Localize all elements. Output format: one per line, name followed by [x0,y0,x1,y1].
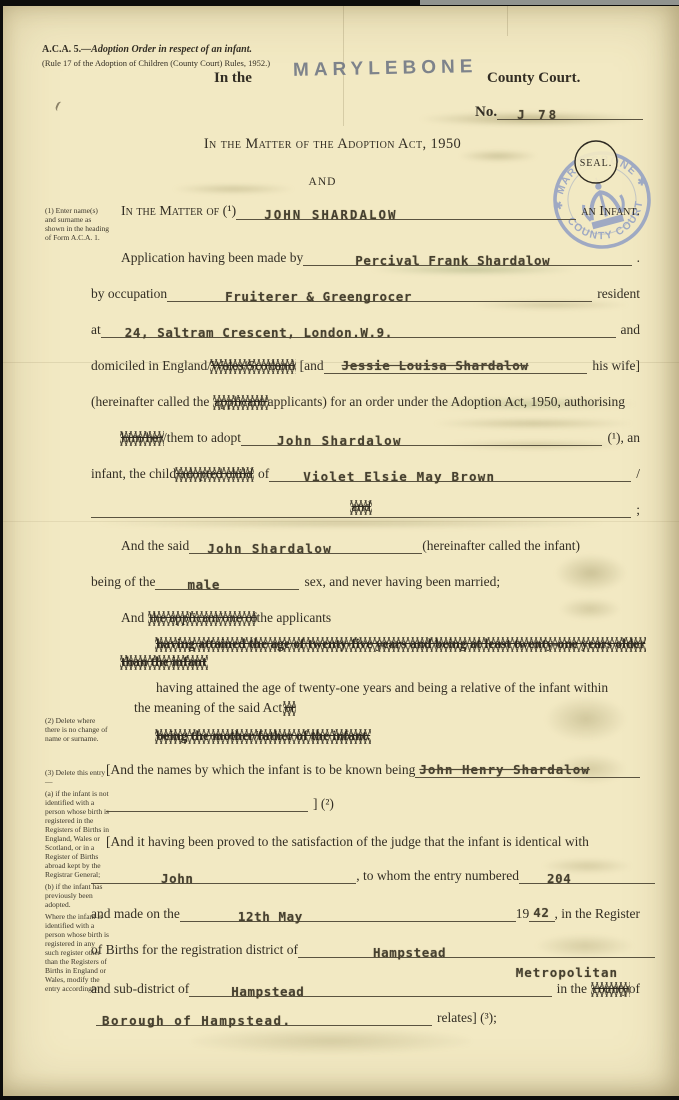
spouse-name: Jessie Louisa Shardalow [342,359,529,372]
subdistrict-value: Hampstead [231,985,304,998]
applicants-suffix: the applicants [256,610,331,626]
seal-label: SEAL. [580,158,613,169]
sex-value: male [187,578,220,591]
proved-row: [And it having been proved to the satisf… [106,834,640,852]
paper-sheet: A.C.A. 5.—Adoption Order in respect of a… [3,6,679,1096]
court-name-stamp: MARYLEBONE [293,56,478,82]
address-row: at 24, Saltram Crescent, London.W.9. and [91,322,640,340]
meaning-row: the meaning of the said Actor [134,700,640,718]
applicants-prefix: And [121,610,144,626]
application-prefix: Application having been made by [121,250,303,266]
bleed-through-smudge [191,1028,471,1054]
address-value: 24, Saltram Crescent, London.W.9. [125,326,393,339]
applicants-row: And the applicant/one ofthe applicants [121,610,640,628]
subdistrict-of: of [629,981,640,997]
borough-typed: Borough of Hampstead. [102,1014,292,1027]
meaning-line: the meaning of the said Act [134,700,282,716]
adopt-name: John Shardalow [277,434,402,447]
scan-edge-left [0,0,3,1100]
known-prefix: [And the names by which the infant is to… [106,762,415,778]
domicile-row: domiciled in England/Wales/Scotland [and… [91,358,640,376]
borough-end: relates] (³); [437,1010,497,1026]
sex-prefix: being of the [91,574,155,590]
rule-reference: (Rule 17 of the Adoption of Children (Co… [42,58,270,68]
subdistrict-mid: in the [557,981,587,997]
district-row: of Births for the registration district … [91,942,655,960]
made-prefix: and made on the [91,906,180,922]
struck-clause-line2: than the infant [121,654,207,670]
adopt-row: him/her/them to adopt John Shardalow (¹)… [121,430,640,448]
attained-row: having attained the age of twenty-one ye… [156,680,640,698]
and-struck-row: and ; [91,502,640,520]
margin-note-3-intro: (3) Delete this entry— [45,768,109,786]
struck-clause-row-1: having attained the age of twenty-five y… [156,636,640,654]
scanned-document: A.C.A. 5.—Adoption Order in respect of a… [0,0,679,1100]
county-court-label: County Court. [487,70,580,87]
and-separator: AND [57,176,588,188]
occupation-end: resident [597,286,640,302]
child-of: of [258,466,269,482]
identical-name: John [161,872,194,885]
said-end: (hereinafter called the infant) [422,538,580,554]
said-infant-row: And the said John Shardalow (hereinafter… [121,538,640,556]
bleed-through-smudge [431,418,636,429]
domicile-prefix: domiciled in England/ [91,358,211,374]
sex-suffix: sex, and never having been married; [304,574,500,590]
district-value: Hampstead [373,946,446,959]
child-prefix: infant, the child [91,466,176,482]
case-no-label: No. [475,104,497,121]
infant-name-typed: JOHN SHARDALOW [264,208,397,221]
margin-note-1: (1) Enter name(s) and surname as shown i… [45,206,109,242]
year-typed: 42 [533,905,549,920]
known-as-row: [And the names by which the infant is to… [106,762,640,780]
case-no-value: J 78 [517,108,559,121]
sex-row: being of the male sex, and never having … [91,574,640,592]
application-end: . [637,250,640,266]
margin-note-3b: (b) if the infant has previously been ad… [45,882,109,909]
in-the-label: In the [214,70,252,87]
domicile-struck: Wales/Scotland [211,358,295,374]
entry-mid: , to whom the entry numbered [356,868,519,884]
known-close: ] (²) [313,796,334,812]
child-end: / [636,466,640,482]
said-prefix: And the said [121,538,189,554]
subdistrict-row: and sub-district of Hampstead in the cou… [91,981,640,999]
entry-row: John , to whom the entry numbered 204 [91,868,655,886]
fold-crease [3,521,679,522]
adopt-struck: him/her [121,430,163,446]
child-of-row: infant, the child/adopted child of Viole… [91,466,640,484]
made-on-row: and made on the 12th May 1942, in the Re… [91,906,640,924]
adopt-mid: /them to adopt [163,430,241,446]
said-name: John Shardalow [207,542,332,555]
domicile-end: his wife] [592,358,640,374]
known-close-row: ] (²) [106,796,640,814]
hereinafter-row: (hereinafter called the applicant/applic… [91,394,640,412]
subdistrict-prefix: and sub-district of [91,981,189,997]
adopt-end: (¹), an [607,430,640,446]
metropolitan-typed: Metropolitan [516,966,618,979]
an-infant-suffix: an Infant. [581,204,640,220]
meaning-struck: or [284,700,295,716]
applicant-name: Percival Frank Shardalow [355,254,550,267]
matter-of-row: In the Matter of (¹) JOHN SHARDALOW an I… [121,204,640,222]
case-number-row: No. J 78 [475,104,643,122]
child-struck: /adopted child [176,466,253,482]
form-title: —Adoption Order in respect of an infant. [81,44,252,55]
fold-crease [507,6,508,36]
mother-name: Violet Elsie May Brown [303,470,495,483]
and-struck: and [351,499,371,515]
matter-of-prefix: In the Matter of (¹) [121,204,236,220]
scanner-bed-corner [420,0,679,5]
attained-line: having attained the age of twenty-one ye… [156,680,608,696]
proved-line: [And it having been proved to the satisf… [106,834,589,850]
year-printed: 19 [516,906,530,922]
printed-seal-circle: SEAL. [575,141,617,183]
borough-row: Borough of Hampstead. relates] (³); [96,1010,640,1028]
occupation-row: by occupation Fruiterer & Greengrocer re… [91,286,640,304]
county-struck: county [592,981,629,997]
struck-clause-row-2: than the infant [121,654,640,672]
made-end: , in the Register [555,906,640,922]
district-prefix: of Births for the registration district … [91,942,298,958]
mother-father-row: being the mother/father of the infant. [156,728,640,746]
hereinafter-prefix: (hereinafter called the [91,394,209,410]
applicants-struck: the applicant/one of [149,610,256,626]
mother-father-struck: being the mother/father of the infant. [156,728,370,744]
hereinafter-suffix: applicants) for an order under the Adopt… [268,394,625,410]
scan-edge-bottom [0,1096,679,1100]
address-label: at [91,322,101,338]
pen-mark [54,101,66,114]
form-code: A.C.A. 5. [42,44,81,55]
act-heading: In the Matter of the Adoption Act, 1950 [57,136,608,153]
application-row: Application having been made by Percival… [121,250,640,268]
margin-note-2: (2) Delete where there is no change of n… [45,716,109,743]
made-date: 12th May [238,910,303,923]
occupation-value: Fruiterer & Greengrocer [225,290,412,303]
hereinafter-struck: applicant/ [214,394,267,410]
occupation-label: by occupation [91,286,167,302]
domicile-and: [and [300,358,324,374]
margin-note-3a: (a) if the infant is not identified with… [45,789,109,879]
entry-number: 204 [547,872,571,885]
struck-clause-line1: having attained the age of twenty-five y… [156,636,645,652]
and-line-end: ; [636,502,640,518]
address-end: and [621,322,641,338]
new-name: John Henry Shardalow [419,763,590,776]
